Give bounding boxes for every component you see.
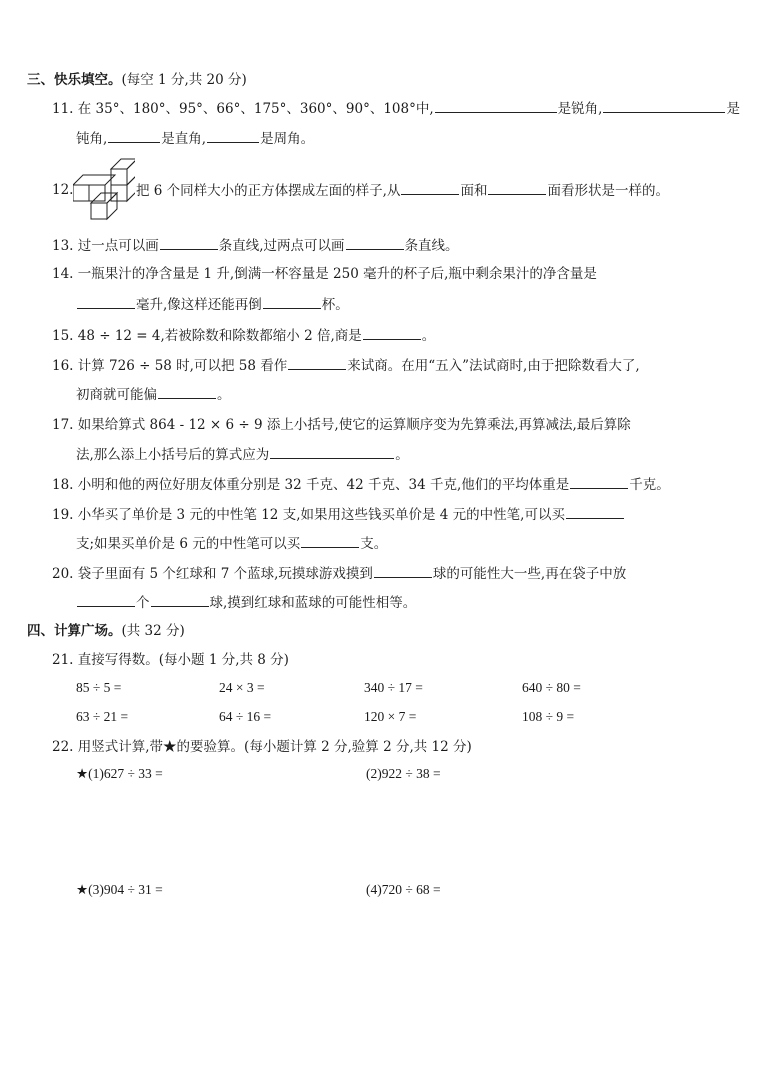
answer-blank[interactable] <box>570 474 628 489</box>
answer-blank[interactable] <box>158 384 216 399</box>
q15-text: 15. 48 ÷ 12 = 4,若被除数和除数都缩小 2 倍,商是 <box>52 328 362 344</box>
answer-blank[interactable] <box>207 128 259 143</box>
question-12: 把 6 个同样大小的正方体摆成左面的样子,从面和面看形状是一样的。 <box>136 180 669 201</box>
vertical-calc-item: (4)720 ÷ 68 = <box>366 882 441 898</box>
section-title: 四、计算广场。 <box>27 623 122 639</box>
question-14-line1: 14. 一瓶果汁的净含量是 1 升,倒满一杯容量是 250 毫升的杯子后,瓶中剩… <box>52 264 597 284</box>
question-12-number: 12. <box>52 180 73 200</box>
section-3-heading: 三、快乐填空。(每空 1 分,共 20 分) <box>27 70 247 90</box>
q17-text: 法,那么添上小括号后的算式应为 <box>76 447 269 463</box>
q21-title: 21. 直接写得数。(每小题 1 分,共 8 分) <box>52 652 289 668</box>
oral-calc-item: 640 ÷ 80 = <box>522 680 581 696</box>
question-17-line1: 17. 如果给算式 864 - 12 × 6 ÷ 9 添上小括号,使它的运算顺序… <box>52 415 631 435</box>
oral-calc-item: 85 ÷ 5 = <box>76 680 121 696</box>
q16-text: 。 <box>217 387 231 403</box>
answer-blank[interactable] <box>263 294 321 309</box>
q12-num: 12. <box>52 182 73 198</box>
q20-text: 个 <box>136 595 150 611</box>
question-19-line1: 19. 小华买了单价是 3 元的中性笔 12 支,如果用这些钱买单价是 4 元的… <box>52 504 625 525</box>
question-11-line1: 11. 在 35°、180°、95°、66°、175°、360°、90°、108… <box>52 98 740 119</box>
q18-text: 18. 小明和他的两位好朋友体重分别是 32 千克、42 千克、34 千克,他们… <box>52 477 569 493</box>
q17-text: 。 <box>395 447 409 463</box>
answer-blank[interactable] <box>566 504 624 519</box>
q13-text: 条直线。 <box>405 238 459 254</box>
question-16-line2: 初商就可能偏。 <box>76 384 231 405</box>
answer-blank[interactable] <box>363 325 421 340</box>
q16-text: 来试商。在用“五入”法试商时,由于把除数看大了, <box>347 358 639 374</box>
question-15: 15. 48 ÷ 12 = 4,若被除数和除数都缩小 2 倍,商是。 <box>52 325 435 346</box>
question-13: 13. 过一点可以画条直线,过两点可以画条直线。 <box>52 235 459 256</box>
q22-title: 22. 用竖式计算,带★的要验算。(每小题计算 2 分,验算 2 分,共 12 … <box>52 739 472 755</box>
answer-blank[interactable] <box>77 592 135 607</box>
oral-calc-item: 340 ÷ 17 = <box>364 680 423 696</box>
answer-blank[interactable] <box>108 128 160 143</box>
answer-blank[interactable] <box>77 294 135 309</box>
q16-text: 初商就可能偏 <box>76 387 157 403</box>
section-note: (共 32 分) <box>122 623 185 639</box>
vertical-calc-item: (2)922 ÷ 38 = <box>366 766 441 782</box>
section-note: (每空 1 分,共 20 分) <box>122 72 247 88</box>
answer-blank[interactable] <box>160 235 218 250</box>
vertical-calc-item: ★(1)627 ÷ 33 = <box>76 766 163 782</box>
q20-text: 20. 袋子里面有 5 个红球和 7 个蓝球,玩摸球游戏摸到 <box>52 566 373 582</box>
answer-blank[interactable] <box>435 98 557 113</box>
question-16-line1: 16. 计算 726 ÷ 58 时,可以把 58 看作来试商。在用“五入”法试商… <box>52 355 640 376</box>
question-20-line2: 个球,摸到红球和蓝球的可能性相等。 <box>76 592 416 613</box>
answer-blank[interactable] <box>374 563 432 578</box>
question-19-line2: 支;如果买单价是 6 元的中性笔可以买支。 <box>76 533 387 554</box>
q15-text: 。 <box>422 328 436 344</box>
vertical-calc-item: ★(3)904 ÷ 31 = <box>76 882 163 898</box>
q11-text: 是锐角, <box>558 101 603 117</box>
question-17-line2: 法,那么添上小括号后的算式应为。 <box>76 444 409 465</box>
q11-text: 是 <box>726 101 740 117</box>
answer-blank[interactable] <box>288 355 346 370</box>
answer-blank[interactable] <box>603 98 725 113</box>
answer-blank[interactable] <box>151 592 209 607</box>
q13-text: 条直线,过两点可以画 <box>219 238 345 254</box>
q16-text: 16. 计算 726 ÷ 58 时,可以把 58 看作 <box>52 358 287 374</box>
q19-text: 19. 小华买了单价是 3 元的中性笔 12 支,如果用这些钱买单价是 4 元的… <box>52 507 565 523</box>
oral-calc-item: 64 ÷ 16 = <box>219 709 271 725</box>
q11-text: 11. 在 35°、180°、95°、66°、175°、360°、90°、108… <box>52 101 434 117</box>
q20-text: 球的可能性大一些,再在袋子中放 <box>433 566 626 582</box>
q12-text: 面和 <box>460 183 487 199</box>
question-14-line2: 毫升,像这样还能再倒杯。 <box>76 294 349 315</box>
oral-calc-item: 63 ÷ 21 = <box>76 709 128 725</box>
q19-text: 支。 <box>360 536 387 552</box>
question-11-line2: 钝角,是直角,是周角。 <box>76 128 314 149</box>
answer-blank[interactable] <box>301 533 359 548</box>
question-20-line1: 20. 袋子里面有 5 个红球和 7 个蓝球,玩摸球游戏摸到球的可能性大一些,再… <box>52 563 626 584</box>
q11-text: 是周角。 <box>260 131 314 147</box>
oral-calc-item: 24 × 3 = <box>219 680 265 696</box>
q19-text: 支;如果买单价是 6 元的中性笔可以买 <box>76 536 300 552</box>
q12-text: 面看形状是一样的。 <box>547 183 669 199</box>
q12-text: 把 6 个同样大小的正方体摆成左面的样子,从 <box>136 183 400 199</box>
answer-blank[interactable] <box>346 235 404 250</box>
q18-text: 千克。 <box>629 477 670 493</box>
q11-text: 是直角, <box>161 131 206 147</box>
answer-blank[interactable] <box>401 180 459 195</box>
answer-blank[interactable] <box>488 180 546 195</box>
answer-blank[interactable] <box>270 444 394 459</box>
question-18: 18. 小明和他的两位好朋友体重分别是 32 千克、42 千克、34 千克,他们… <box>52 474 670 495</box>
q13-text: 13. 过一点可以画 <box>52 238 159 254</box>
section-title: 三、快乐填空。 <box>27 72 122 88</box>
q14-text: 毫升,像这样还能再倒 <box>136 297 262 313</box>
q17-text: 17. 如果给算式 864 - 12 × 6 ÷ 9 添上小括号,使它的运算顺序… <box>52 417 631 433</box>
q11-text: 钝角, <box>76 131 107 147</box>
q14-text: 14. 一瓶果汁的净含量是 1 升,倒满一杯容量是 250 毫升的杯子后,瓶中剩… <box>52 266 597 282</box>
section-4-heading: 四、计算广场。(共 32 分) <box>27 621 185 641</box>
q20-text: 球,摸到红球和蓝球的可能性相等。 <box>210 595 417 611</box>
oral-calc-item: 108 ÷ 9 = <box>522 709 574 725</box>
question-21-title: 21. 直接写得数。(每小题 1 分,共 8 分) <box>52 650 289 670</box>
q14-text: 杯。 <box>322 297 349 313</box>
cube-arrangement-figure <box>73 157 135 225</box>
oral-calc-item: 120 × 7 = <box>364 709 416 725</box>
question-22-title: 22. 用竖式计算,带★的要验算。(每小题计算 2 分,验算 2 分,共 12 … <box>52 737 472 757</box>
